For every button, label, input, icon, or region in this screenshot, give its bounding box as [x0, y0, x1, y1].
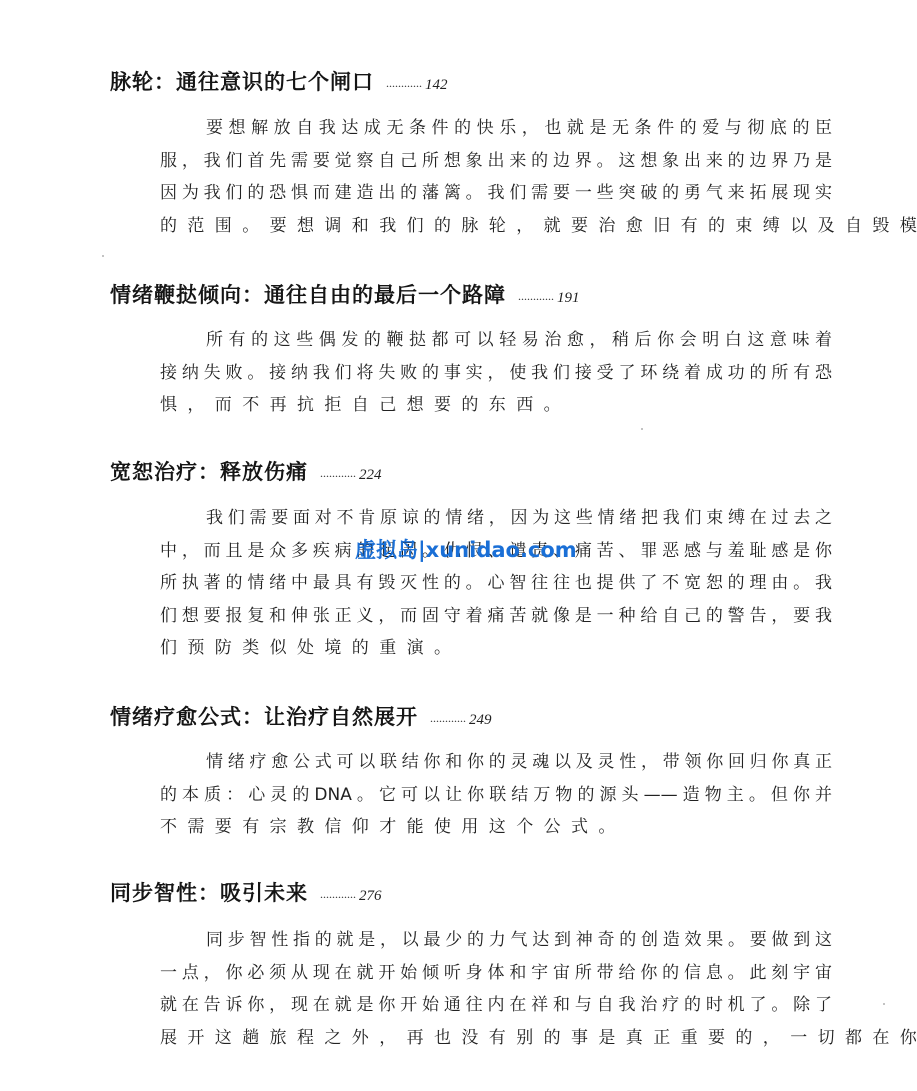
summary-line: 我们需要面对不肯原谅的情绪，因为这些情绪把我们束缚在过去之	[160, 502, 832, 535]
section-summary: 要想解放自我达成无条件的快乐，也就是无条件的爱与彻底的臣 服，我们首先需要觉察自…	[160, 112, 832, 242]
leader-dots: ............	[320, 887, 356, 901]
summary-line: 不需要有宗教信仰才能使用这个公式。	[160, 811, 832, 844]
summary-line: 的本质：心灵的DNA。它可以让你联结万物的源头——造物主。但你并	[160, 779, 832, 812]
site-watermark: 虚拟岛|xunidao.com	[355, 537, 577, 563]
section-heading: 同步智性：吸引未来............276	[110, 878, 382, 908]
summary-line: 惧，而不再抗拒自己想要的东西。	[160, 389, 832, 422]
summary-line: 服，我们首先需要觉察自己所想象出来的边界。这想象出来的边界乃是	[160, 145, 832, 178]
scan-speck	[102, 255, 104, 257]
summary-line: 的范围。要想调和我们的脉轮，就要治愈旧有的束缚以及自毁模式。	[160, 210, 832, 243]
summary-line: 要想解放自我达成无条件的快乐，也就是无条件的爱与彻底的臣	[160, 112, 832, 145]
section-title: 情绪鞭挞倾向：通往自由的最后一个路障	[110, 283, 506, 307]
summary-line: 就在告诉你，现在就是你开始通往内在祥和与自我治疗的时机了。除了	[160, 989, 832, 1022]
section-summary: 我们需要面对不肯原谅的情绪，因为这些情绪把我们束缚在过去之 中，而且是众多疾病的…	[160, 502, 832, 665]
leader-dots: ............	[320, 466, 356, 480]
section-heading: 脉轮：通往意识的七个闸口............142	[110, 67, 448, 97]
summary-line: 所执著的情绪中最具有毁灭性的。心智往往也提供了不宽恕的理由。我	[160, 567, 832, 600]
section-summary: 所有的这些偶发的鞭挞都可以轻易治愈，稍后你会明白这意味着 接纳失败。接纳我们将失…	[160, 324, 832, 422]
section-heading: 情绪疗愈公式：让治疗自然展开............249	[110, 702, 492, 732]
leader-dots: ............	[518, 289, 554, 303]
section-heading: 情绪鞭挞倾向：通往自由的最后一个路障............191	[110, 280, 580, 310]
summary-line: 们想要报复和伸张正义，而固守着痛苦就像是一种给自己的警告，要我	[160, 600, 832, 633]
book-page: 脉轮：通往意识的七个闸口............142 要想解放自我达成无条件的…	[0, 0, 917, 1091]
page-number: 276	[359, 888, 382, 904]
section-summary: 同步智性指的就是，以最少的力气达到神奇的创造效果。要做到这 一点，你必须从现在就…	[160, 924, 832, 1054]
page-number: 224	[359, 467, 382, 483]
scan-speck	[641, 428, 643, 430]
leader-dots: ............	[386, 76, 422, 90]
summary-line: 接纳失败。接纳我们将失败的事实，使我们接受了环绕着成功的所有恐	[160, 357, 832, 390]
page-number: 191	[557, 290, 580, 306]
leader-dots: ............	[430, 711, 466, 725]
page-number: 142	[425, 77, 448, 93]
section-heading: 宽恕治疗：释放伤痛............224	[110, 457, 382, 487]
page-number: 249	[469, 712, 492, 728]
summary-line: 一点，你必须从现在就开始倾听身体和宇宙所带给你的信息。此刻宇宙	[160, 957, 832, 990]
summary-line: 展开这趟旅程之外，再也没有别的事是真正重要的，一切都在你了！	[160, 1022, 832, 1055]
section-title: 情绪疗愈公式：让治疗自然展开	[110, 705, 418, 729]
summary-line: 因为我们的恐惧而建造出的藩篱。我们需要一些突破的勇气来拓展现实	[160, 177, 832, 210]
section-summary: 情绪疗愈公式可以联结你和你的灵魂以及灵性，带领你回归你真正 的本质：心灵的DNA…	[160, 746, 832, 844]
summary-line: 们预防类似处境的重演。	[160, 632, 832, 665]
scan-speck	[883, 1003, 885, 1005]
section-title: 宽恕治疗：释放伤痛	[110, 460, 308, 484]
summary-line: 情绪疗愈公式可以联结你和你的灵魂以及灵性，带领你回归你真正	[160, 746, 832, 779]
summary-line: 所有的这些偶发的鞭挞都可以轻易治愈，稍后你会明白这意味着	[160, 324, 832, 357]
section-title: 脉轮：通往意识的七个闸口	[110, 70, 374, 94]
section-title: 同步智性：吸引未来	[110, 881, 308, 905]
summary-line: 同步智性指的就是，以最少的力气达到神奇的创造效果。要做到这	[160, 924, 832, 957]
